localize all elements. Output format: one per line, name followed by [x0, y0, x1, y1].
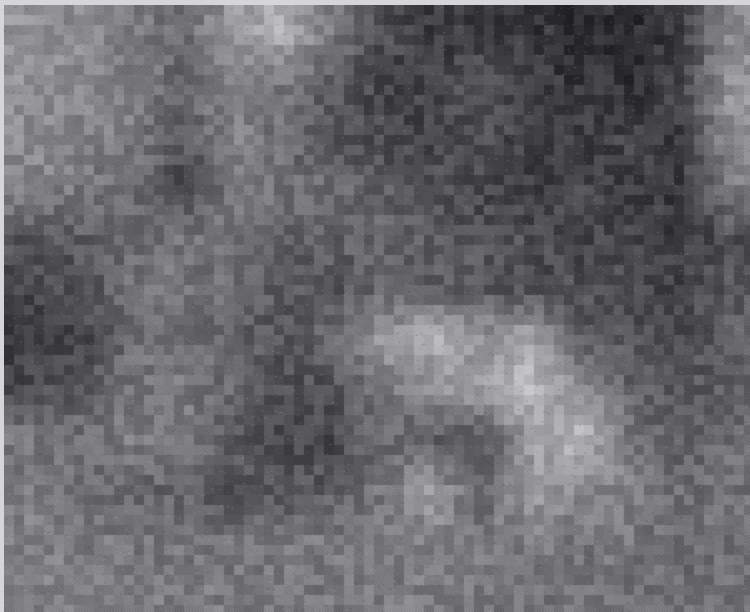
pixelated-photo-canvas	[4, 5, 750, 612]
street-scene-photo	[4, 5, 750, 612]
photo-frame	[0, 0, 750, 612]
